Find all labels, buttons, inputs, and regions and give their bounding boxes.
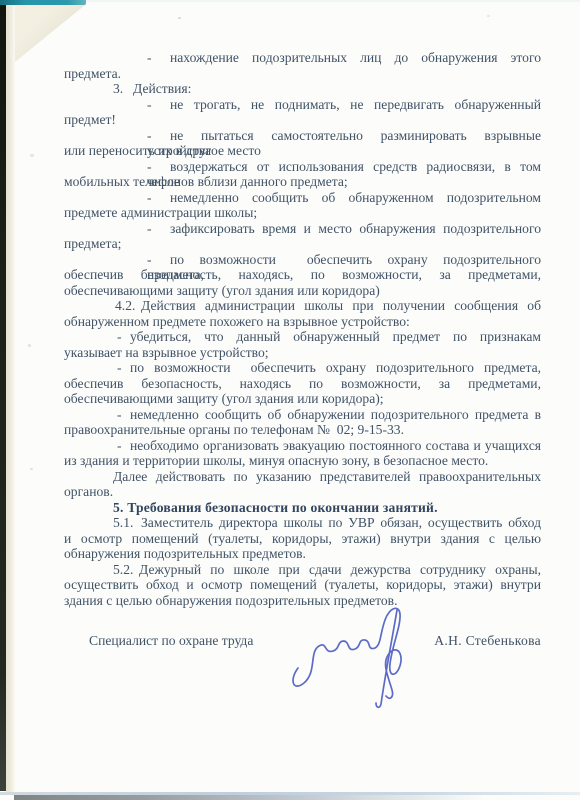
text-line: предмета. [64,66,541,82]
text-line: обеспечивающими защиту (угол здания или … [64,391,541,407]
text-line: предмета; [64,236,541,252]
text-line: обнаруженном предмете похожего на взрывн… [64,314,541,330]
scan-speckle [28,344,31,347]
text-line: -немедленно сообщить об обнаруженном под… [64,190,541,206]
text-line: -необходимо организовать эвакуацию посто… [64,438,541,454]
text-line: -по возможности обеспечить охрану подозр… [64,252,541,268]
list-marker: 3. [113,81,133,97]
list-marker: - [147,159,170,175]
list-marker: - [147,97,170,113]
list-marker: - [117,360,130,376]
signature-role-label: Специалист по охране труда [64,633,253,649]
text-line: из здания и территории школы, минуя опас… [64,453,541,469]
list-marker: - [117,438,130,454]
text-line: -нахождение подозрительных лиц до обнару… [64,50,541,66]
text-line: -не пытаться самостоятельно разминироват… [64,128,541,144]
underpage-left-strip [6,0,15,793]
text-line: правоохранительные органы по телефонам №… [64,422,541,438]
text-line: или переносить их в другое место [64,143,541,159]
text-line: обеспечивающими защиту (угол здания или … [64,283,541,299]
scan-speckle [487,15,490,17]
list-marker: - [117,329,130,345]
list-marker: 5.1. [113,515,141,531]
text-line: -убедиться, что данный обнаруженный пред… [64,329,541,345]
list-marker: - [147,221,170,237]
handwritten-signature-icon [286,600,426,712]
text-line: -немедленно сообщить об обнаружении подо… [64,407,541,423]
text-line: -не трогать, не поднимать, не передвигат… [64,97,541,113]
scan-bottom-shadow [14,795,484,800]
list-marker: - [147,190,170,206]
text-line: 3.Действия: [64,81,541,97]
text-line: -воздержаться от использования средств р… [64,159,541,175]
text-line: обеспечив безопасность, находясь, по воз… [64,267,541,283]
scan-speckle [30,154,34,157]
section-heading: 5. Требования безопасности по окончании … [64,500,541,516]
text-line: предмет! [64,112,541,128]
text-line: мобильных телефонов вблизи данного предм… [64,174,541,190]
list-marker: - [147,252,170,268]
text-line: и осмотр помещений (туалеты, коридоры, э… [64,531,541,547]
text-line: предмете администрации школы; [64,205,541,221]
list-marker: - [117,407,130,423]
signature-name: А.Н. Стебенькова [434,633,541,649]
text-line: обнаружения подозрительных предметов. [64,546,541,562]
text-line: 5.2.Дежурный по школе при сдачи дежурств… [64,562,541,578]
document-text: -нахождение подозрительных лиц до обнару… [64,50,541,608]
text-line: 4.2.Действия администрации школы при пол… [64,298,541,314]
text-line: -зафиксировать время и место обнаружения… [64,221,541,237]
scan-speckle [30,468,33,470]
text-line: Далее действовать по указанию представит… [64,469,541,485]
scanned-page: -нахождение подозрительных лиц до обнару… [0,0,580,800]
list-marker: 4.2. [115,298,141,314]
text-line: 5.1.Заместитель директора школы по УВР о… [64,515,541,531]
text-line: обеспечив безопасность, находясь по возм… [64,376,541,392]
list-marker: 5.2. [113,562,139,578]
scan-speckle [178,17,181,19]
list-marker: - [147,50,170,66]
list-marker: - [147,128,170,144]
text-line: осуществить обход и осмотр помещений (ту… [64,577,541,593]
text-line: -по возможности обеспечить охрану подозр… [64,360,541,376]
teal-corner-strip [0,0,86,5]
text-line: органов. [64,484,541,500]
text-line: указывает на взрывное устройство; [64,345,541,361]
scan-top-edge [86,0,580,2]
